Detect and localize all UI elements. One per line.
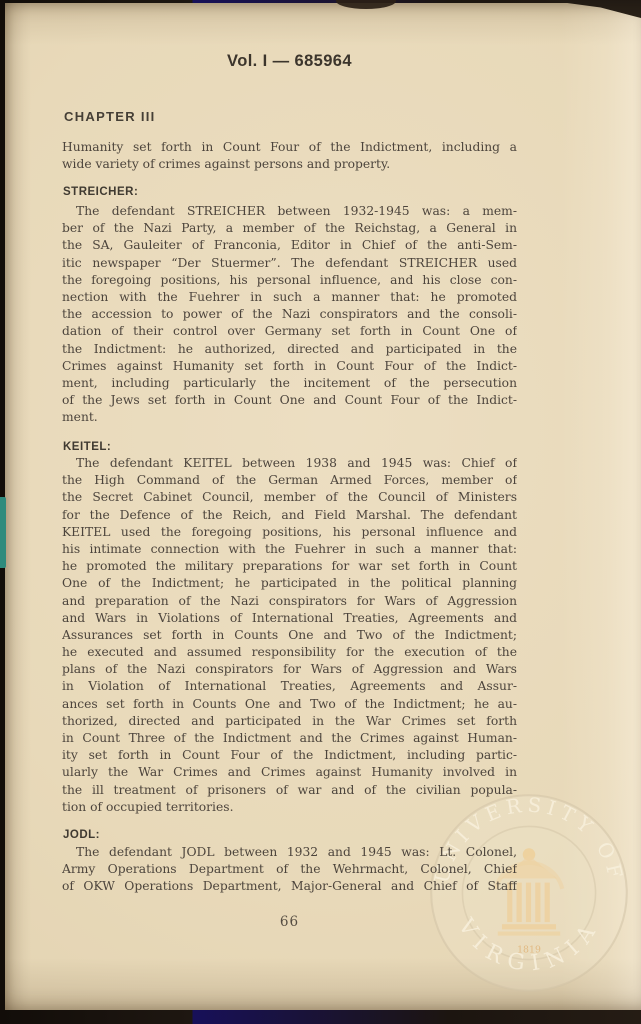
text-line: The defendant JODL between 1932 and 1945… <box>62 844 517 861</box>
text-line: the accession to power of the Nazi consp… <box>62 306 517 323</box>
text-line: and Wars in Violations of International … <box>62 610 517 627</box>
text-line: he executed and assumed responsibility f… <box>62 644 517 661</box>
text-line: The defendant KEITEL between 1938 and 19… <box>62 455 517 472</box>
text-line: ances set forth in Counts One and Two of… <box>62 696 517 713</box>
text-line: Army Operations Department of the Wehrma… <box>62 861 517 878</box>
chapter-heading: CHAPTER III <box>64 109 519 124</box>
teal-edge-mark <box>0 497 6 568</box>
text-line: ity set forth in Count Four of the Indic… <box>62 747 517 764</box>
body-paragraph-streicher: The defendant STREICHER between 1932-194… <box>62 203 517 426</box>
text-line: Assurances set forth in Counts One and T… <box>62 627 517 644</box>
text-line: Humanity set forth in Count Four of the … <box>62 139 517 156</box>
text-line: he promoted the military preparations fo… <box>62 558 517 575</box>
section-heading-jodl: JODL: <box>63 829 100 841</box>
body-paragraph-keitel: The defendant KEITEL between 1938 and 19… <box>62 455 517 816</box>
text-line: and preparation of the Nazi conspirators… <box>62 593 517 610</box>
page-number: 66 <box>62 914 517 930</box>
text-line: ber of the Nazi Party, a member of the R… <box>62 220 517 237</box>
text-line: the High Command of the German Armed For… <box>62 472 517 489</box>
text-line: the SA, Gauleiter of Franconia, Editor i… <box>62 237 517 254</box>
text-line: the Secret Cabinet Council, member of th… <box>62 489 517 506</box>
text-line: thorized, directed and participated in t… <box>62 713 517 730</box>
text-line: in Violation of International Treaties, … <box>62 678 517 695</box>
text-line: wide variety of crimes against persons a… <box>62 156 517 173</box>
text-line: of the Jews set forth in Count One and C… <box>62 392 517 409</box>
text-line: KEITEL used the foregoing positions, his… <box>62 524 517 541</box>
text-line: tion of occupied territories. <box>62 799 517 816</box>
text-line: his intimate connection with the Fuehrer… <box>62 541 517 558</box>
text-line: The defendant STREICHER between 1932-194… <box>62 203 517 220</box>
text-line: dation of their control over Germany set… <box>62 323 517 340</box>
section-heading-streicher: STREICHER: <box>63 186 138 198</box>
text-line: ment. <box>62 409 517 426</box>
text-line: the ill treatment of prisoners of war an… <box>62 782 517 799</box>
body-paragraph-jodl: The defendant JODL between 1932 and 1945… <box>62 844 517 896</box>
text-line: Crimes against Humanity set forth in Cou… <box>62 358 517 375</box>
text-line: in Count Three of the Indictment and the… <box>62 730 517 747</box>
volume-header: Vol. I — 685964 <box>62 52 517 71</box>
text-line: plans of the Nazi conspirators for Wars … <box>62 661 517 678</box>
seal-year: 1819 <box>517 944 541 955</box>
scanned-book-page: UNIVERSITY OF VIRGINIA 1819 Vol. I — 685… <box>0 0 641 1024</box>
text-line: ment, including particularly the incitem… <box>62 375 517 392</box>
body-paragraph-continuation: Humanity set forth in Count Four of the … <box>62 139 517 173</box>
text-line: One of the Indictment; he participated i… <box>62 575 517 592</box>
text-line: ularly the War Crimes and Crimes against… <box>62 764 517 781</box>
section-heading-keitel: KEITEL: <box>63 441 111 453</box>
text-line: the Indictment: he authorized, directed … <box>62 341 517 358</box>
text-line: for the Defence of the Reich, and Field … <box>62 507 517 524</box>
text-line: the foregoing positions, his personal in… <box>62 272 517 289</box>
text-line: nection with the Fuehrer in such a manne… <box>62 289 517 306</box>
text-line: of OKW Operations Department, Major-Gene… <box>62 878 517 895</box>
text-line: itic newspaper “Der Stuermer”. The defen… <box>62 255 517 272</box>
